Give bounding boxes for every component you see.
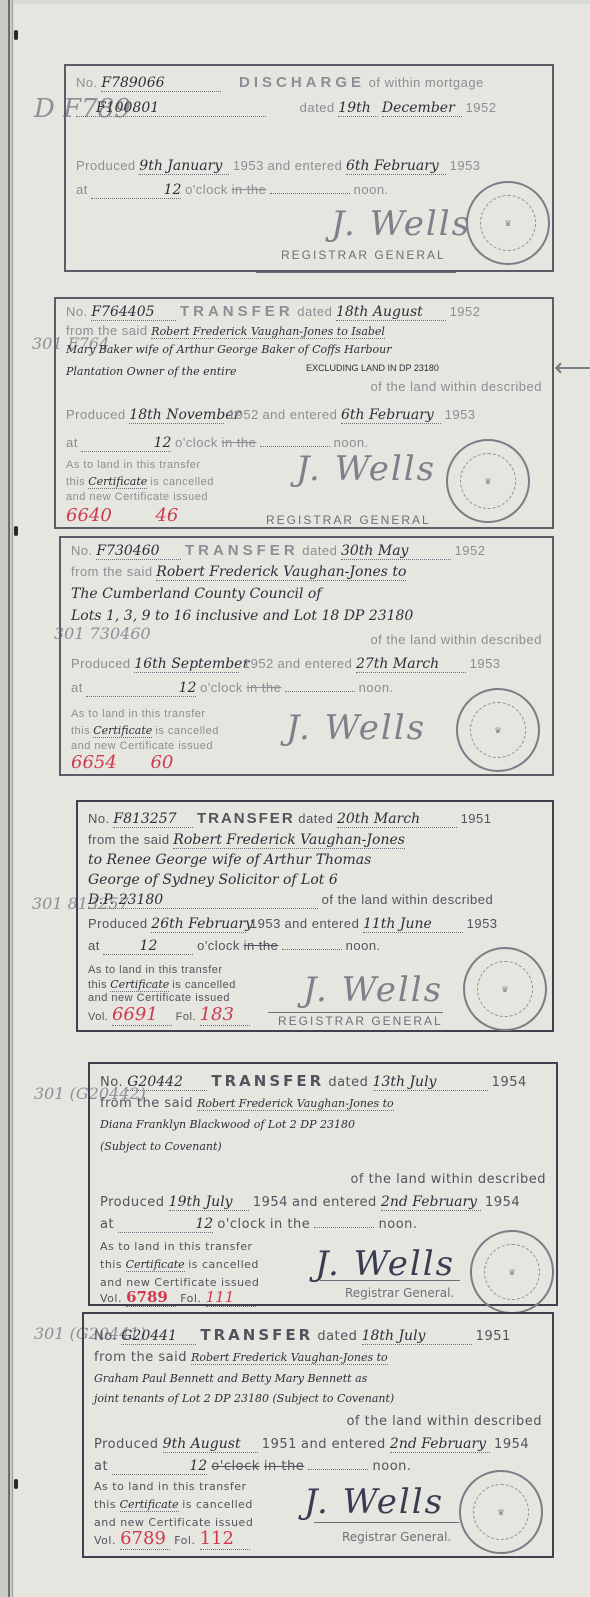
volume-number: 6654 xyxy=(71,752,117,773)
produced-label: Produced xyxy=(88,916,148,931)
produced-year: 1952 xyxy=(228,407,259,422)
number-label: No. xyxy=(76,75,98,90)
volume-number: 6691 xyxy=(112,1004,172,1026)
oclock-label: o'clock xyxy=(185,182,228,197)
number-label: No. xyxy=(100,1075,123,1090)
oclock-label: o'clock xyxy=(200,680,243,695)
vol-label: Vol. xyxy=(94,1534,116,1547)
stamp-number: F764405 xyxy=(91,304,176,321)
land-text: of the land within described xyxy=(346,1414,542,1429)
at-label: at xyxy=(76,182,88,197)
land-text: of the land within described xyxy=(370,632,542,647)
punch-hole xyxy=(14,526,18,536)
parties-row: from the said Robert Frederick Vaughan-J… xyxy=(88,832,542,849)
from-label: from the said xyxy=(66,323,148,338)
entered-label: and entered xyxy=(301,1437,386,1452)
dated-label: dated xyxy=(302,543,337,558)
noon-label: noon. xyxy=(354,182,389,197)
registrar-label: REGISTRAR GENERAL xyxy=(278,1014,443,1028)
in-the-label: in the xyxy=(232,182,267,197)
dated-year: 1951 xyxy=(461,811,492,826)
time-row: at 12 o'clock in the noon. xyxy=(88,938,542,955)
stamp-number: G20441 xyxy=(121,1328,196,1345)
party-line: joint tenants of Lot 2 DP 23180 (Subject… xyxy=(94,1392,542,1405)
land-label: of the land within described xyxy=(71,632,542,647)
dated-year: 1952 xyxy=(466,100,497,115)
signature-line xyxy=(268,1012,443,1013)
land-text: of the land within described xyxy=(322,892,494,907)
transfer-stamp: No. G20441 TRANSFER dated 18th July 1951… xyxy=(82,1312,554,1558)
folio-number: 60 xyxy=(150,752,173,773)
produced-label: Produced xyxy=(100,1195,165,1210)
signature-line xyxy=(320,1280,460,1281)
entered-date: 2nd February xyxy=(381,1194,481,1211)
transfer-stamp: No. F764405 TRANSFER dated 18th August 1… xyxy=(54,297,554,529)
land-text: of the land within described xyxy=(350,1172,546,1187)
cert-word: Certificate xyxy=(120,1498,179,1512)
volume-number: 6789 xyxy=(126,1288,176,1307)
oclock-label: o'clock xyxy=(211,1459,259,1474)
crest-icon: ♛ xyxy=(477,961,533,1017)
crest-icon: ♛ xyxy=(473,1484,529,1540)
entered-year: 1954 xyxy=(494,1437,529,1452)
registrar-signature: J. Wells xyxy=(286,708,426,748)
land-label: of the land within described xyxy=(66,379,542,394)
crest-icon: ♛ xyxy=(470,702,526,758)
party-line: (Subject to Covenant) xyxy=(100,1140,546,1153)
from-label: from the said xyxy=(71,564,153,579)
stamp-header: No. F764405 TRANSFER dated 18th August 1… xyxy=(66,303,542,321)
cert-word: Certificate xyxy=(93,724,152,738)
cert-text: and new Certificate issued xyxy=(71,740,213,752)
entered-year: 1953 xyxy=(467,916,498,931)
stamp-title: TRANSFER xyxy=(197,810,295,827)
stamp-header: No. F813257 TRANSFER dated 20th March 19… xyxy=(88,810,542,828)
dated-year: 1952 xyxy=(450,304,481,319)
cert-text: this xyxy=(100,1258,122,1271)
dated-date: 20th March xyxy=(337,811,457,828)
produced-date: 19th July xyxy=(169,1194,249,1211)
cert-text: is cancelled xyxy=(150,476,213,488)
cert-text: is cancelled xyxy=(182,1498,253,1511)
time-row: at 12 o'clock in the noon. xyxy=(100,1216,546,1233)
party-line: to Renee George wife of Arthur Thomas xyxy=(88,852,542,868)
entered-date: 6th February xyxy=(341,407,441,424)
registrar-seal: ♛ xyxy=(446,439,530,523)
produced-row: Produced 19th July 1954 and entered 2nd … xyxy=(100,1194,546,1211)
stamp-title: TRANSFER xyxy=(211,1072,324,1090)
number-label: No. xyxy=(94,1329,117,1344)
noon-label: noon. xyxy=(373,1459,412,1474)
dated-month: December xyxy=(382,100,462,117)
cert-text: this xyxy=(66,476,85,488)
folio-number: 183 xyxy=(200,1004,250,1026)
produced-year: 1953 xyxy=(250,916,281,931)
party-line: Diana Franklyn Blackwood of Lot 2 DP 231… xyxy=(100,1118,546,1131)
at-label: at xyxy=(88,938,100,953)
cert-word: Certificate xyxy=(110,978,169,992)
folio-number: 112 xyxy=(200,1528,250,1550)
cert-text: this xyxy=(88,979,107,991)
dated-label: dated xyxy=(317,1329,357,1344)
transfer-stamp: No. F730460 TRANSFER dated 30th May 1952… xyxy=(59,536,554,776)
cert-text: this xyxy=(94,1498,116,1511)
at-label: at xyxy=(94,1459,108,1474)
entered-year: 1953 xyxy=(450,158,481,173)
fol-label: Fol. xyxy=(174,1534,195,1547)
registrar-seal: ♛ xyxy=(466,181,550,265)
hour: 12 xyxy=(103,938,193,955)
number-label: No. xyxy=(71,543,93,558)
punch-hole xyxy=(14,30,18,40)
from-label: from the said xyxy=(100,1096,193,1111)
entered-date: 11th June xyxy=(363,916,463,933)
dated-date: 13th July xyxy=(373,1074,488,1091)
dated-date: 18th July xyxy=(362,1328,472,1345)
dated-year: 1952 xyxy=(455,543,486,558)
transfer-stamp: No. F813257 TRANSFER dated 20th March 19… xyxy=(76,800,554,1032)
entered-label: and entered xyxy=(284,916,359,931)
dated-day: 19th xyxy=(338,100,378,117)
in-the-label: in the xyxy=(264,1459,304,1474)
produced-label: Produced xyxy=(71,656,131,671)
produced-row: Produced 18th November 1952 and entered … xyxy=(66,407,542,424)
cert-text: As to land in this transfer xyxy=(71,708,206,720)
land-label: of the land within described xyxy=(100,1172,546,1187)
party-line: Lots 1, 3, 9 to 16 inclusive and Lot 18 … xyxy=(71,608,542,624)
in-the-label: in the xyxy=(222,435,257,450)
crest-icon: ♛ xyxy=(480,195,536,251)
signature-line xyxy=(256,272,456,273)
number-label: No. xyxy=(88,811,110,826)
registrar-seal: ♛ xyxy=(463,947,547,1031)
stamp-header: No. F789066 DISCHARGE of within mortgage xyxy=(76,74,542,92)
title-suffix: of within mortgage xyxy=(369,75,484,90)
hour: 12 xyxy=(81,435,171,452)
crest-icon: ♛ xyxy=(484,1244,540,1300)
produced-date: 18th November xyxy=(129,407,224,424)
stamp-header: No. F730460 TRANSFER dated 30th May 1952 xyxy=(71,542,542,560)
in-the-label: in the xyxy=(247,680,282,695)
cert-text: this xyxy=(71,725,90,737)
fol-label: Fol. xyxy=(180,1292,201,1305)
parties-row: from the said Robert Frederick Vaughan-J… xyxy=(66,323,542,339)
produced-year: 1951 xyxy=(262,1437,297,1452)
stamp-title: TRANSFER xyxy=(180,303,294,320)
land-row: D.P. 23180 of the land within described xyxy=(88,892,542,909)
cert-text: is cancelled xyxy=(155,725,218,737)
hour: 12 xyxy=(112,1458,207,1475)
cert-text: As to land in this transfer xyxy=(66,459,201,471)
produced-label: Produced xyxy=(94,1437,159,1452)
registrar-label: Registrar General. xyxy=(342,1530,451,1544)
party-line: George of Sydney Solicitor of Lot 6 xyxy=(88,872,542,888)
produced-row: Produced 26th February 1953 and entered … xyxy=(88,916,542,933)
produced-year: 1952 xyxy=(243,656,274,671)
hour: 12 xyxy=(86,680,196,697)
binder-edge xyxy=(0,0,13,1597)
cert-text: is cancelled xyxy=(188,1258,259,1271)
stamp-header: No. G20441 TRANSFER dated 18th July 1951 xyxy=(94,1326,542,1345)
entered-year: 1954 xyxy=(485,1195,520,1210)
produced-year: 1953 xyxy=(233,158,264,173)
party-line: Mary Baker wife of Arthur George Baker o… xyxy=(66,343,542,356)
registrar-signature: J. Wells xyxy=(303,970,443,1010)
land-label: of the land within described xyxy=(94,1414,542,1429)
party-line: D.P. 23180 xyxy=(88,892,318,909)
cert-word: Certificate xyxy=(126,1258,185,1272)
at-label: at xyxy=(100,1217,114,1232)
dated-date: 30th May xyxy=(341,543,451,560)
registrar-signature: J. Wells xyxy=(296,449,436,489)
entered-label: and entered xyxy=(267,158,342,173)
produced-label: Produced xyxy=(66,407,126,422)
party-line: Graham Paul Bennett and Betty Mary Benne… xyxy=(94,1372,542,1385)
vol-label: Vol. xyxy=(88,1011,108,1023)
produced-row: Produced 9th August 1951 and entered 2nd… xyxy=(94,1436,542,1453)
mortgage-row: F100801 dated 19th December 1952 xyxy=(76,100,542,117)
stamp-number: G20442 xyxy=(127,1074,207,1091)
dated-label: dated xyxy=(297,304,332,319)
vol-label: Vol. xyxy=(100,1292,122,1305)
folio-number: 46 xyxy=(155,505,178,526)
cert-text: As to land in this transfer xyxy=(100,1240,253,1253)
registrar-seal: ♛ xyxy=(456,688,540,772)
produced-label: Produced xyxy=(76,158,136,173)
signature-line xyxy=(314,1522,459,1523)
produced-row: Produced 9th January 1953 and entered 6t… xyxy=(76,158,542,175)
stamp-title: TRANSFER xyxy=(200,1326,313,1344)
cert-text: is cancelled xyxy=(172,979,235,991)
party-line: Robert Frederick Vaughan-Jones to Isabel xyxy=(151,325,385,339)
oclock-label: o'clock xyxy=(197,938,240,953)
dated-label: dated xyxy=(328,1075,368,1090)
folio-number: 111 xyxy=(206,1288,256,1307)
noon-label: noon. xyxy=(359,680,394,695)
at-label: at xyxy=(66,435,78,450)
entered-year: 1953 xyxy=(470,656,501,671)
produced-date: 16th September xyxy=(134,656,239,673)
stamp-number: F813257 xyxy=(113,811,193,828)
cert-text: and new Certificate issued xyxy=(66,491,208,503)
entered-date: 27th March xyxy=(356,656,466,673)
entered-label: and entered xyxy=(262,407,337,422)
volume-number: 6789 xyxy=(120,1528,170,1550)
noon-label: noon. xyxy=(334,435,369,450)
parties-row: from the said Robert Frederick Vaughan-J… xyxy=(94,1350,542,1365)
in-the-label: in the xyxy=(270,1217,310,1232)
registrar-seal: ♛ xyxy=(470,1230,554,1314)
dated-label: dated xyxy=(300,100,335,115)
stamp-number: F789066 xyxy=(101,75,221,92)
entered-date: 2nd February xyxy=(390,1436,490,1453)
crest-icon: ♛ xyxy=(460,453,516,509)
entered-label: and entered xyxy=(277,656,352,671)
fol-label: Fol. xyxy=(176,1011,196,1023)
oclock-label: o'clock xyxy=(175,435,218,450)
noon-label: noon. xyxy=(379,1217,418,1232)
entered-label: and entered xyxy=(292,1195,377,1210)
stamp-title: TRANSFER xyxy=(185,542,299,559)
time-row: at 12 o'clock in the noon. xyxy=(76,182,542,199)
number-label: No. xyxy=(66,304,88,319)
party-line: Robert Frederick Vaughan-Jones to xyxy=(197,1097,394,1111)
entered-date: 6th February xyxy=(346,158,446,175)
binder-line xyxy=(8,0,10,1597)
time-row: at 12 o'clock in the noon. xyxy=(94,1458,542,1475)
dated-date: 18th August xyxy=(336,304,446,321)
party-line: Plantation Owner of the entire xyxy=(66,365,236,378)
cert-text: As to land in this transfer xyxy=(94,1480,247,1493)
time-row: at 12 o'clock in the noon. xyxy=(71,680,542,697)
party-line: Robert Frederick Vaughan-Jones xyxy=(173,832,405,849)
mortgage-number: F100801 xyxy=(76,100,266,117)
produced-row: Produced 16th September 1952 and entered… xyxy=(71,656,542,673)
cert-text: As to land in this transfer xyxy=(88,964,223,976)
cert-word: Certificate xyxy=(88,475,147,489)
from-label: from the said xyxy=(88,832,170,847)
produced-year: 1954 xyxy=(253,1195,288,1210)
dated-year: 1951 xyxy=(476,1329,511,1344)
registrar-label: Registrar General. xyxy=(345,1286,454,1300)
arrow-icon: ⟵ xyxy=(554,352,590,383)
registrar-signature: J. Wells xyxy=(331,204,471,244)
in-the-label: in the xyxy=(244,938,279,953)
stamp-title: DISCHARGE xyxy=(239,74,365,91)
register-page: D F789 No. F789066 DISCHARGE of within m… xyxy=(14,4,590,1597)
stamp-number: F730460 xyxy=(96,543,181,560)
volume-number: 6640 xyxy=(66,505,112,526)
registrar-signature: J. Wells xyxy=(315,1244,455,1284)
produced-date: 9th August xyxy=(163,1436,258,1453)
party-line: Robert Frederick Vaughan-Jones to xyxy=(191,1351,388,1365)
registrar-label: REGISTRAR GENERAL xyxy=(266,513,431,527)
cert-text: and new Certificate issued xyxy=(88,992,230,1004)
entered-year: 1953 xyxy=(445,407,476,422)
parties-row: from the said Robert Frederick Vaughan-J… xyxy=(71,564,542,581)
registrar-signature: J. Wells xyxy=(304,1482,444,1522)
dated-year: 1954 xyxy=(492,1075,527,1090)
at-label: at xyxy=(71,680,83,695)
transfer-stamp: No. G20442 TRANSFER dated 13th July 1954… xyxy=(88,1062,558,1306)
from-label: from the said xyxy=(94,1350,187,1365)
party-line: Robert Frederick Vaughan-Jones to xyxy=(156,564,406,581)
land-text: of the land within described xyxy=(370,379,542,394)
hour: 12 xyxy=(118,1216,213,1233)
noon-label: noon. xyxy=(346,938,381,953)
insertion-note: EXCLUDING LAND IN DP 23180 xyxy=(306,363,542,373)
punch-hole xyxy=(14,1479,18,1489)
discharge-stamp: No. F789066 DISCHARGE of within mortgage… xyxy=(64,64,554,272)
dated-label: dated xyxy=(298,811,333,826)
party-line: The Cumberland County Council of xyxy=(71,586,542,602)
oclock-label: o'clock xyxy=(217,1217,265,1232)
stamp-header: No. G20442 TRANSFER dated 13th July 1954 xyxy=(100,1072,546,1091)
hour: 12 xyxy=(91,182,181,199)
parties-row: from the said Robert Frederick Vaughan-J… xyxy=(100,1096,546,1111)
registrar-label: REGISTRAR GENERAL xyxy=(281,248,446,262)
registrar-seal: ♛ xyxy=(459,1470,543,1554)
produced-date: 26th February xyxy=(151,916,246,933)
produced-date: 9th January xyxy=(139,158,229,175)
